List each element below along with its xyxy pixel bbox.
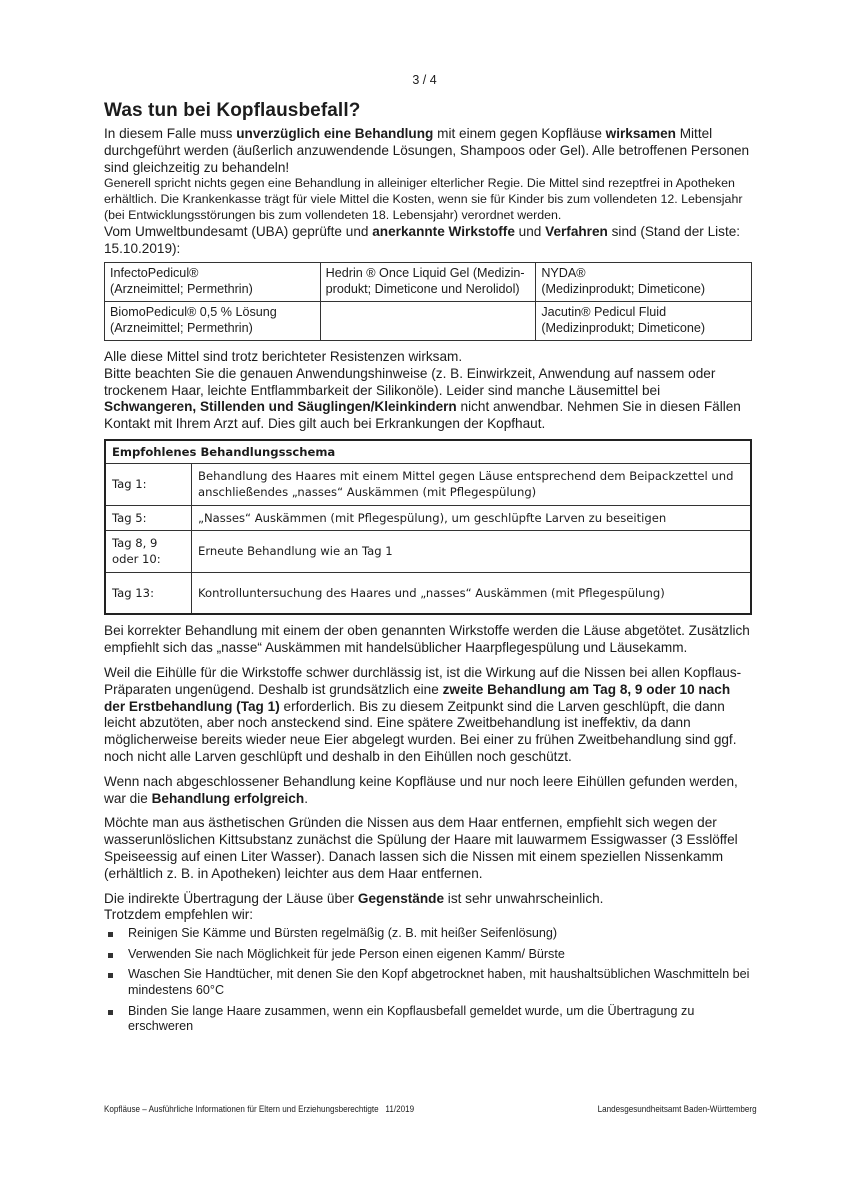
table-row: Tag 5: „Nasses“ Auskämmen (mit Pflegespü… [105,505,751,530]
body-paragraph-1: Bei korrekter Behandlung mit einem der o… [104,623,754,657]
body-paragraph-2: Weil die Eihülle für die Wirkstoffe schw… [104,665,754,766]
schema-day: Tag 1: [105,463,192,505]
schema-day: Tag 5: [105,505,192,530]
table-row: Tag 1: Behandlung des Haares mit einem M… [105,463,751,505]
intro-paragraph-2: Generell spricht nichts gegen eine Behan… [104,176,754,223]
table-header-row: Empfohlenes Behandlungsschema [105,440,751,464]
body-paragraph-4: Möchte man aus ästhetischen Gründen die … [104,815,754,882]
table-row: Tag 13: Kontrolluntersuchung des Haares … [105,572,751,614]
intro-paragraph-1: In diesem Falle muss unverzüglich eine B… [104,126,754,176]
treatment-schema-table: Empfohlenes Behandlungsschema Tag 1: Beh… [104,439,752,616]
list-item: Verwenden Sie nach Möglichkeit für jede … [104,947,754,963]
list-item: Waschen Sie Handtücher, mit denen Sie de… [104,967,754,998]
products-table: InfectoPedicul®(Arzneimittel; Permethrin… [104,262,752,341]
document-body: Was tun bei Kopflausbefall? In diesem Fa… [104,100,754,1040]
schema-heading: Empfohlenes Behandlungsschema [105,440,751,464]
schema-day: Tag 13: [105,572,192,614]
recommendation-list: Reinigen Sie Kämme und Bürsten regelmäßi… [104,926,754,1035]
resistance-note: Alle diese Mittel sind trotz berichteter… [104,349,754,366]
schema-text: Behandlung des Haares mit einem Mittel g… [192,463,752,505]
product-cell: Hedrin ® Once Liquid Gel (Medizin-produk… [320,263,536,302]
list-item: Reinigen Sie Kämme und Bürsten regelmäßi… [104,926,754,942]
page-number: 3 / 4 [0,73,849,87]
page-title: Was tun bei Kopflausbefall? [104,100,754,122]
schema-day: Tag 8, 9 oder 10: [105,530,192,572]
body-paragraph-5: Die indirekte Übertragung der Läuse über… [104,891,754,908]
schema-text: Kontrolluntersuchung des Haares und „nas… [192,572,752,614]
recommendation-intro: Trotzdem empfehlen wir: [104,907,754,924]
table-row: InfectoPedicul®(Arzneimittel; Permethrin… [105,263,752,302]
list-item: Binden Sie lange Haare zusammen, wenn ei… [104,1004,754,1035]
body-paragraph-3: Wenn nach abgeschlossener Behandlung kei… [104,774,754,808]
product-cell: NYDA®(Medizinprodukt; Dimeticone) [536,263,752,302]
schema-text: Erneute Behandlung wie an Tag 1 [192,530,752,572]
footer-document-title: Kopfläuse – Ausführliche Informationen f… [104,1104,414,1114]
schema-text: „Nasses“ Auskämmen (mit Pflegespülung), … [192,505,752,530]
product-cell: Jacutin® Pedicul Fluid(Medizinprodukt; D… [536,302,752,341]
intro-paragraph-3: Vom Umweltbundesamt (UBA) geprüfte und a… [104,224,754,258]
table-row: Tag 8, 9 oder 10: Erneute Behandlung wie… [105,530,751,572]
product-cell-empty [320,302,536,341]
usage-note: Bitte beachten Sie die genauen Anwendung… [104,366,754,433]
product-cell: BiomoPedicul® 0,5 % Lösung(Arzneimittel;… [105,302,321,341]
product-cell: InfectoPedicul®(Arzneimittel; Permethrin… [105,263,321,302]
table-row: BiomoPedicul® 0,5 % Lösung(Arzneimittel;… [105,302,752,341]
footer-publisher: Landesgesundheitsamt Baden-Württemberg [598,1104,757,1114]
